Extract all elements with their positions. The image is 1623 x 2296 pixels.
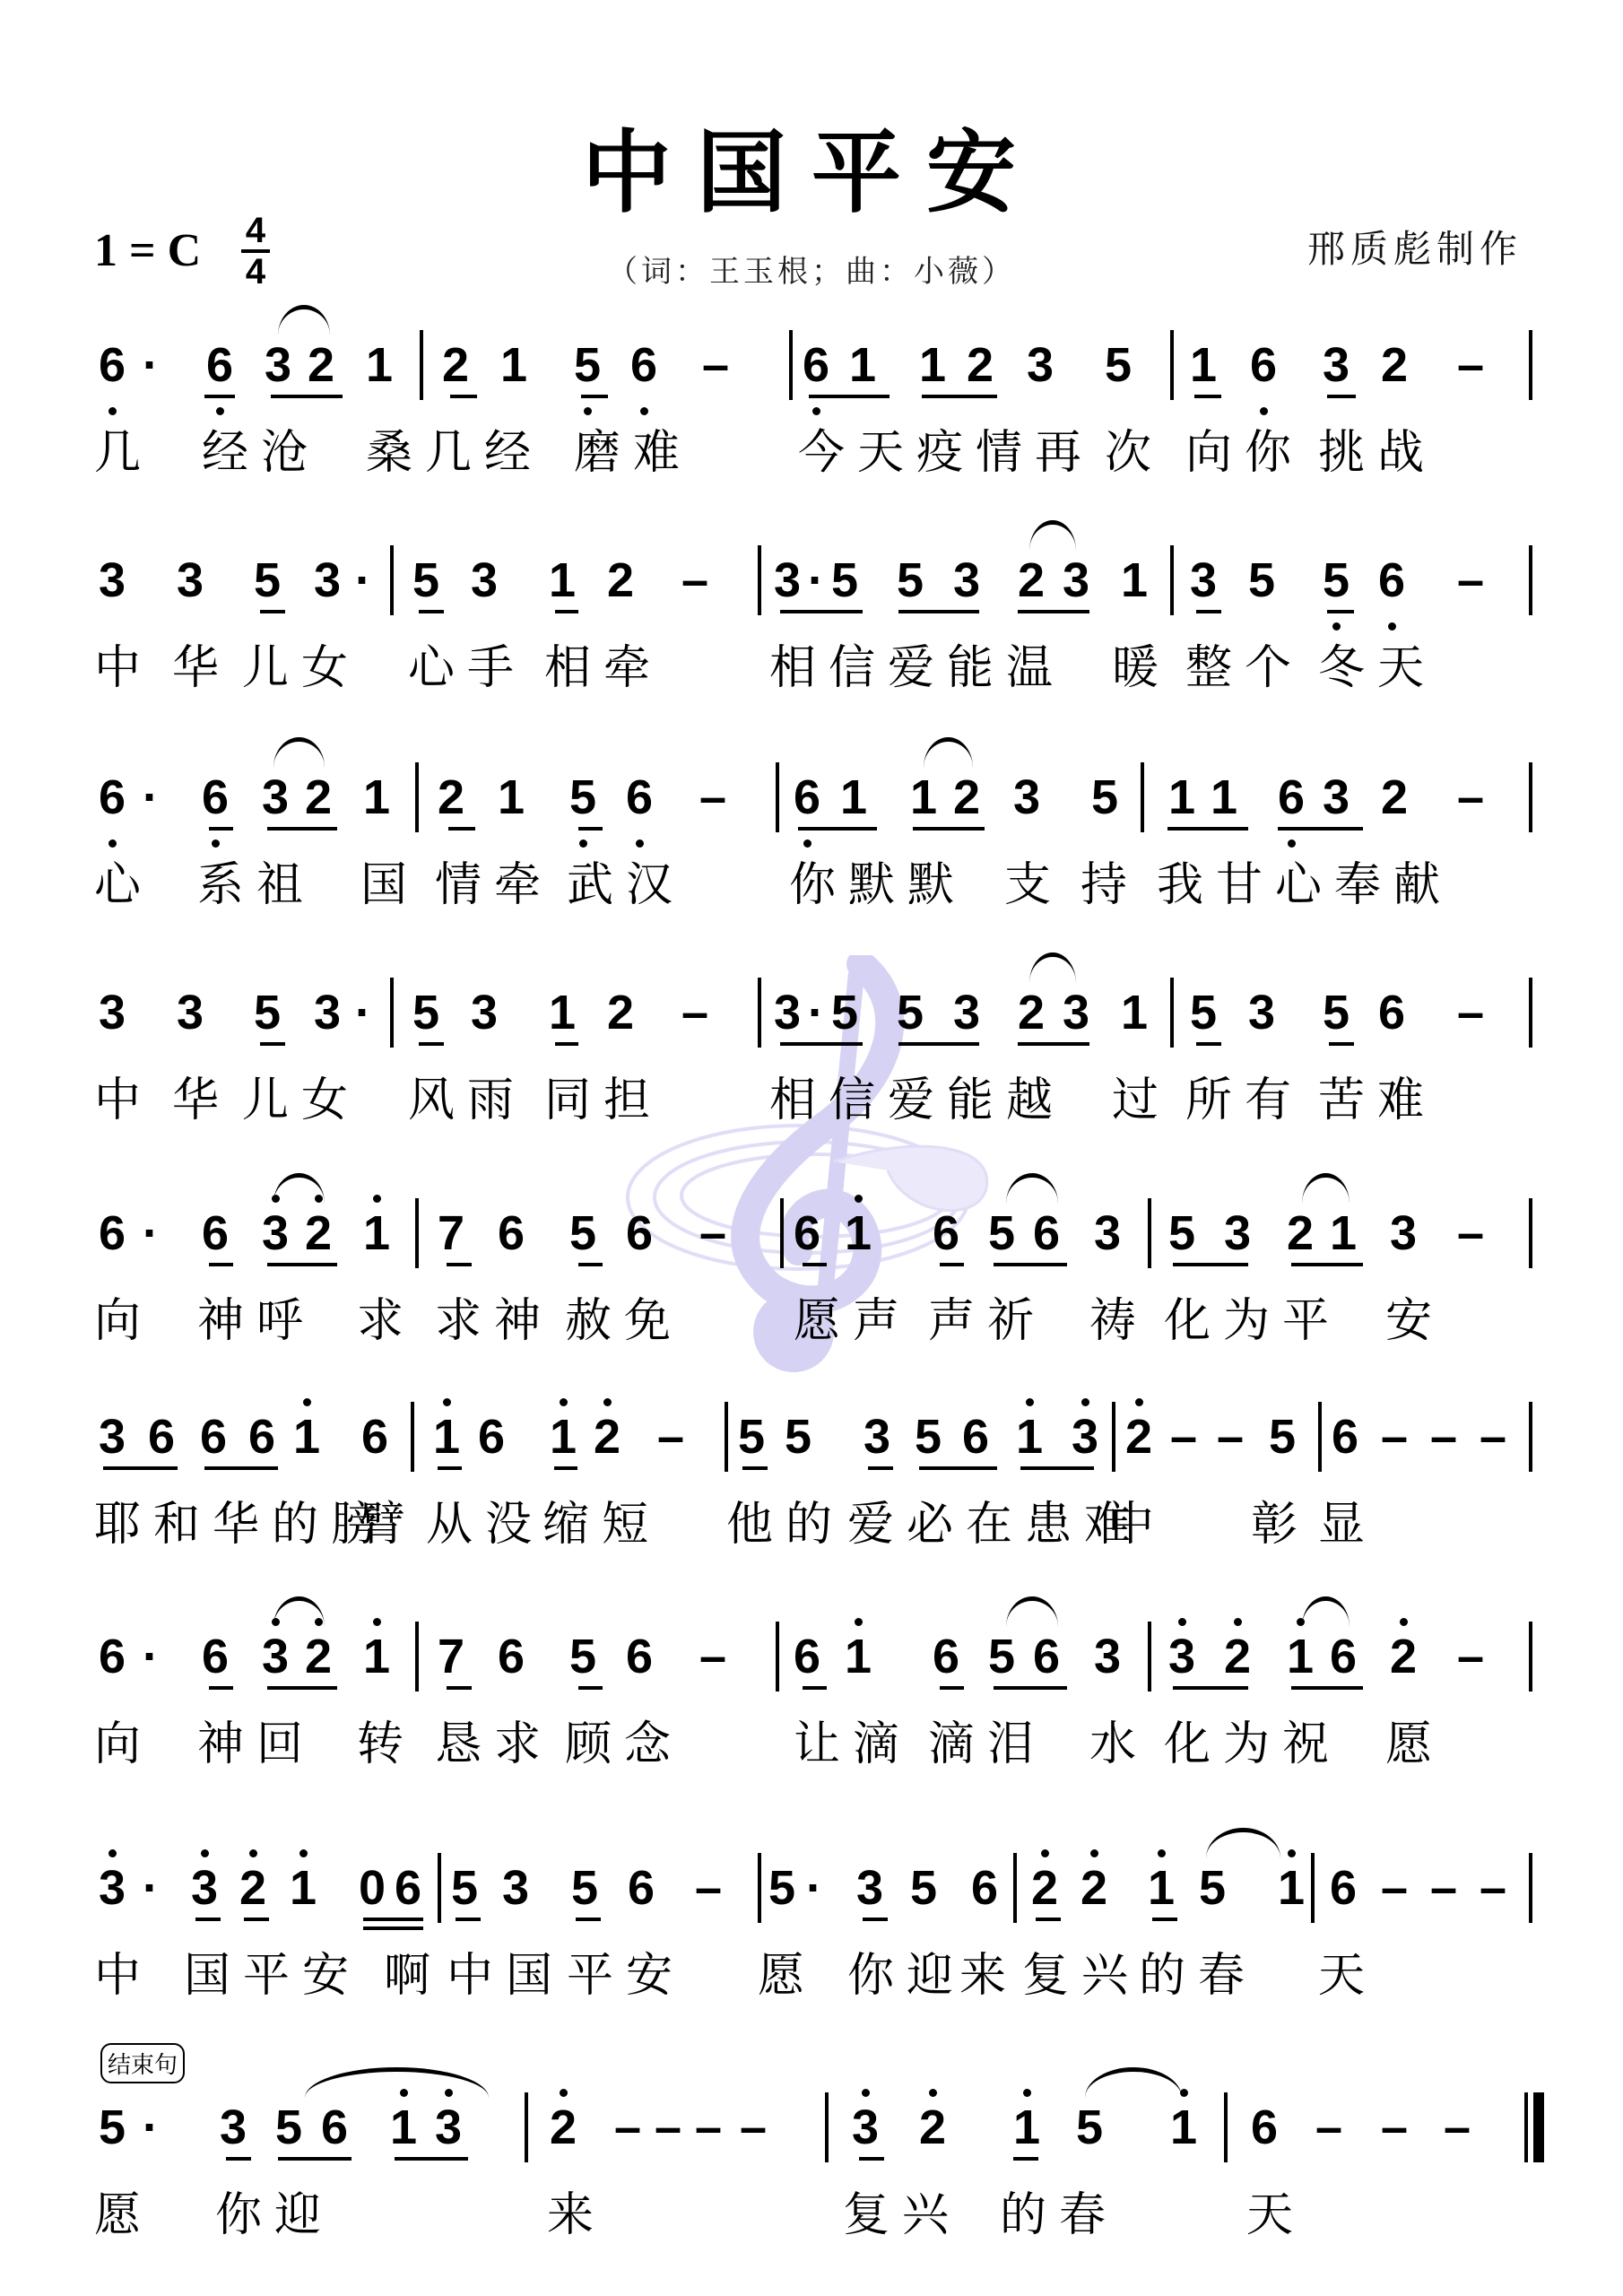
beam-underline <box>1013 2157 1038 2161</box>
note: 5 <box>888 988 933 1037</box>
lyric-text: 你默默 <box>789 858 967 912</box>
lyric-text: 次 <box>1105 426 1164 480</box>
octave-down-dot <box>579 839 587 848</box>
barline <box>1529 330 1532 400</box>
lyric-text: 心 <box>94 858 153 912</box>
barline <box>776 1622 779 1692</box>
lyric-text: 你迎 <box>215 2188 334 2242</box>
barline <box>1529 1622 1532 1692</box>
sustain-dash: – <box>1471 1864 1515 1912</box>
augmentation-dot: · <box>341 556 386 604</box>
lyric-text: 向 <box>94 1294 153 1348</box>
barline <box>411 1402 414 1472</box>
beam-underline <box>919 1466 997 1470</box>
barline <box>525 2092 528 2162</box>
lyric-text: 神回 <box>197 1718 316 1771</box>
note: 3 <box>1159 1632 1204 1681</box>
sustain-dash: – <box>1448 1209 1493 1257</box>
octave-up-dot <box>1023 2089 1031 2097</box>
note: 5 <box>1314 556 1358 604</box>
sustain-dash: – <box>1372 2103 1417 2152</box>
note: 3 <box>256 341 300 389</box>
octave-up-dot <box>303 1398 311 1406</box>
lyric-text: 求神 <box>435 1294 553 1348</box>
lyric-text: 你迎 <box>847 1949 966 2003</box>
note: 6 <box>621 341 666 389</box>
beam-underline <box>278 2157 352 2161</box>
sustain-dash: – <box>673 556 717 604</box>
octave-down-dot <box>212 839 220 848</box>
beam-underline <box>209 1686 233 1690</box>
lyric-text: 中 <box>94 1074 153 1127</box>
lyric-text: 国平安 <box>184 1949 361 2003</box>
lyric-text: 华 <box>172 641 231 695</box>
note: 1 <box>424 1413 469 1461</box>
octave-down-dot <box>584 407 592 415</box>
lyric-text: 啊 <box>384 1949 443 2003</box>
beam-underline <box>859 2157 884 2161</box>
note: 3 <box>1181 556 1226 604</box>
beam-underline <box>1173 1263 1248 1266</box>
barline <box>725 1402 728 1472</box>
note: 1 <box>281 1864 325 1912</box>
note: 3 <box>426 2103 471 2152</box>
note: 6 <box>962 1864 1007 1912</box>
note: 6 <box>1269 773 1314 822</box>
beam-underline <box>419 1042 444 1046</box>
lyric-text: 心手 <box>408 641 526 695</box>
beam-underline <box>581 395 608 398</box>
octave-down-dot <box>1288 839 1296 848</box>
note: 1 <box>354 1632 399 1681</box>
note: 2 <box>958 341 1002 389</box>
barline <box>1170 330 1174 400</box>
lyric-text: 过 <box>1112 1074 1171 1127</box>
note: 3 <box>253 1632 298 1681</box>
lyric-text: 我甘心奉献 <box>1157 858 1453 912</box>
lyric-text: 儿女 <box>242 641 360 695</box>
note: 5 <box>560 1209 605 1257</box>
beam-underline <box>940 1686 964 1690</box>
octave-up-dot <box>1158 1849 1166 1857</box>
lyric-text: 风雨 <box>408 1074 526 1127</box>
note: 3 <box>1054 556 1098 604</box>
sustain-dash: – <box>1421 1413 1466 1461</box>
augmentation-dot: · <box>128 1632 173 1681</box>
note: 6 <box>191 1413 236 1461</box>
note: 3 <box>168 556 213 604</box>
octave-up-dot <box>108 1849 117 1857</box>
note: 1 <box>541 1413 586 1461</box>
barline <box>1529 1198 1532 1268</box>
note: 1 <box>1278 1632 1323 1681</box>
lyric-text: 天 <box>1246 2188 1306 2242</box>
lyric-text: 苦难 <box>1318 1074 1436 1127</box>
slur-arc <box>1006 1173 1058 1204</box>
lyric-text: 经沧 <box>202 426 320 480</box>
note: 3 <box>1215 1209 1260 1257</box>
note: 6 <box>312 2103 357 2152</box>
note: 5 <box>1096 341 1141 389</box>
note: 6 <box>924 1632 968 1681</box>
lyric-text: 暖 <box>1112 641 1171 695</box>
beam-underline <box>578 1686 603 1690</box>
lyric-text: 他的 <box>726 1498 845 1552</box>
beam-underline <box>1291 1263 1363 1266</box>
note: 3 <box>462 556 507 604</box>
note: 6 <box>924 1209 968 1257</box>
octave-up-dot <box>1041 1849 1049 1857</box>
note: 6 <box>1369 988 1414 1037</box>
slur-arc <box>924 737 973 768</box>
note: 5 <box>562 1864 607 1912</box>
sustain-dash: – <box>693 341 738 389</box>
octave-up-dot <box>1234 1618 1242 1626</box>
slur-arc <box>1006 1596 1058 1627</box>
beam-underline-second <box>363 1926 423 1930</box>
barline <box>1529 545 1532 615</box>
lyric-text: 几 <box>94 426 153 480</box>
note: 2 <box>230 1864 275 1912</box>
beam-underline <box>1327 610 1354 613</box>
sustain-dash: – <box>1372 1864 1417 1912</box>
beam-underline <box>1329 1042 1354 1046</box>
sustain-dash: – <box>1448 988 1493 1037</box>
note: 2 <box>598 556 643 604</box>
note: 5 <box>1260 1413 1305 1461</box>
lyric-text: 今天疫情再 <box>798 426 1094 480</box>
note: 5 <box>1067 2103 1112 2152</box>
slur-arc <box>1085 2067 1182 2098</box>
lyric-text: 系祖 <box>197 858 316 912</box>
note: 2 <box>598 988 643 1037</box>
barline <box>776 762 779 832</box>
note: 3 <box>90 556 135 604</box>
octave-up-dot <box>201 1849 209 1857</box>
lyric-text: 磨难 <box>574 426 692 480</box>
note: 1 <box>284 1413 329 1461</box>
note: 5 <box>822 988 867 1037</box>
note: 1 <box>1269 1864 1314 1912</box>
sustain-dash: – <box>731 2103 776 2152</box>
note: 2 <box>1372 773 1417 822</box>
barline <box>1529 1402 1532 1472</box>
beam-underline <box>1196 610 1221 613</box>
note: 6 <box>1242 2103 1287 2152</box>
beam-underline <box>1327 395 1356 398</box>
beam-underline <box>195 1918 221 1921</box>
octave-down-dot <box>108 407 117 415</box>
note: 3 <box>944 988 989 1037</box>
octave-up-dot <box>560 2089 568 2097</box>
note: 6 <box>617 1209 662 1257</box>
beam-underline <box>267 1686 337 1690</box>
note: 2 <box>299 341 343 389</box>
lyric-text: 赦免 <box>565 1294 683 1348</box>
song-title: 中国平安 <box>0 100 1623 230</box>
sustain-dash: – <box>673 988 717 1037</box>
barline <box>1141 762 1144 832</box>
sustain-dash: – <box>690 1632 735 1681</box>
note: 7 <box>429 1632 473 1681</box>
beam-underline <box>267 1263 337 1266</box>
note: 1 <box>1159 773 1204 822</box>
note: 6 <box>785 773 829 822</box>
note: 6 <box>1321 1864 1366 1912</box>
beam-underline <box>226 2157 251 2161</box>
sustain-dash: – <box>1448 556 1493 604</box>
note: 5 <box>1239 556 1284 604</box>
beam-underline <box>1196 1042 1221 1046</box>
sustain-dash: – <box>686 2103 731 2152</box>
note: 5 <box>266 2103 311 2152</box>
note: 6 <box>193 1632 238 1681</box>
lyric-text: 中 <box>94 1949 153 2003</box>
lyric-text: 复兴 <box>1022 1949 1141 2003</box>
note: 2 <box>1278 1209 1323 1257</box>
octave-down-dot <box>812 407 820 415</box>
slur-arc <box>273 737 325 768</box>
note: 6 <box>1321 1632 1366 1681</box>
note: 3 <box>1239 988 1284 1037</box>
note: 1 <box>1112 556 1157 604</box>
slur-arc <box>1302 1596 1350 1627</box>
barline <box>390 545 394 615</box>
note: 1 <box>354 773 399 822</box>
note: 6 <box>1024 1209 1069 1257</box>
note: 2 <box>296 1209 341 1257</box>
lyric-text: 臂 <box>359 1498 418 1552</box>
beam-underline <box>868 1466 893 1470</box>
note: 5 <box>901 1864 946 1912</box>
beam-underline <box>913 827 985 831</box>
beam-underline <box>271 395 343 398</box>
slur-arc <box>1206 1828 1280 1858</box>
octave-up-dot <box>855 1618 863 1626</box>
barline <box>1170 545 1174 615</box>
note: 2 <box>1022 1864 1067 1912</box>
beam-underline <box>456 1918 481 1921</box>
note: 2 <box>1072 1864 1116 1912</box>
augmentation-dot: · <box>341 988 386 1037</box>
beam-underline <box>204 1466 278 1470</box>
note: 2 <box>296 773 341 822</box>
note: 2 <box>541 2103 586 2152</box>
beam-underline <box>555 1042 578 1046</box>
note: 1 <box>901 773 946 822</box>
lyric-text: 情牵 <box>435 858 553 912</box>
lyric-text: 中国 <box>447 1949 565 2003</box>
note: 3 <box>493 1864 538 1912</box>
note: 3 <box>855 1413 899 1461</box>
barline <box>1112 1402 1115 1472</box>
slur-arc <box>278 305 330 335</box>
lyric-text: 祷 <box>1089 1294 1149 1348</box>
beam-underline <box>260 610 285 613</box>
note: 3 <box>253 773 298 822</box>
beam-underline <box>260 1042 285 1046</box>
beam-underline <box>809 395 890 398</box>
note: 1 <box>840 341 885 389</box>
lyric-text: 从没 <box>426 1498 544 1552</box>
slur-arc <box>1029 520 1076 551</box>
beam-underline <box>1018 1042 1089 1046</box>
note: 5 <box>906 1413 950 1461</box>
beam-underline <box>209 827 233 831</box>
note: 3 <box>1018 341 1063 389</box>
sustain-dash: – <box>1448 341 1493 389</box>
note: 6 <box>197 341 242 389</box>
lyric-text: 平安 <box>567 1949 685 2003</box>
lyric-text: 支 <box>1004 858 1063 912</box>
barline <box>438 1853 441 1923</box>
note: 6 <box>239 1413 284 1461</box>
lyric-text: 让滴 <box>794 1718 912 1771</box>
octave-down-dot <box>216 407 224 415</box>
lyric-text: 儿女 <box>242 1074 360 1127</box>
sustain-dash: – <box>1306 2103 1351 2152</box>
note: 6 <box>785 1632 829 1681</box>
barline <box>1148 1198 1151 1268</box>
beam-underline <box>363 1918 423 1921</box>
barline <box>1529 762 1532 832</box>
beam-underline <box>555 610 578 613</box>
octave-up-dot <box>249 1849 257 1857</box>
barline <box>415 762 419 832</box>
lyric-text: 化为平 <box>1164 1294 1341 1348</box>
note: 5 <box>1082 773 1127 822</box>
octave-down-dot <box>640 407 648 415</box>
augmentation-dot: · <box>128 1209 173 1257</box>
note: 3 <box>944 556 989 604</box>
beam-underline <box>803 1263 827 1266</box>
note: 5 <box>442 1864 487 1912</box>
lyric-text: 相信爱能越 <box>769 1074 1065 1127</box>
beam-underline <box>1036 1918 1061 1921</box>
lyric-text: 天 <box>1318 1949 1377 2003</box>
lyric-text: 求 <box>357 1294 416 1348</box>
barline <box>1318 1402 1322 1472</box>
octave-up-dot <box>1135 1398 1143 1406</box>
note: 5 <box>1190 1864 1235 1912</box>
lyric-text: 声祈 <box>928 1294 1046 1348</box>
note: 1 <box>1007 1413 1052 1461</box>
lyric-text: 显 <box>1318 1498 1377 1552</box>
note: 3 <box>182 1864 227 1912</box>
beam-underline <box>438 1466 462 1470</box>
octave-up-dot <box>1026 1398 1034 1406</box>
beam-underline <box>742 1466 768 1470</box>
sustain-dash: – <box>1161 1413 1206 1461</box>
note: 1 <box>910 341 955 389</box>
lyric-text: 相信爱能温 <box>769 641 1065 695</box>
beam-underline <box>448 827 475 831</box>
note: 3 <box>168 988 213 1037</box>
sustain-dash: – <box>1471 1413 1515 1461</box>
lyric-text: 愿 <box>94 2188 153 2242</box>
note: 6 <box>617 773 662 822</box>
beam-underline <box>922 395 997 398</box>
note: 1 <box>836 1632 881 1681</box>
note: 1 <box>836 1209 881 1257</box>
note: 3 <box>1054 988 1098 1037</box>
lyric-text: 愿声 <box>794 1294 912 1348</box>
beam-underline <box>204 395 235 398</box>
lyric-text: 耶和华的膀 <box>94 1498 390 1552</box>
slur-arc <box>305 2067 489 2098</box>
beam-underline <box>267 827 337 831</box>
augmentation-dot: · <box>128 1864 173 1912</box>
barline <box>390 978 394 1048</box>
lyric-text: 华 <box>172 1074 231 1127</box>
note: 2 <box>585 1413 629 1461</box>
octave-down-dot <box>1388 622 1396 631</box>
note: 3 <box>1381 1209 1426 1257</box>
lyric-text: 愿 <box>758 1949 817 2003</box>
beam-underline <box>576 1918 601 1921</box>
note: 3 <box>1063 1413 1107 1461</box>
lyric-text: 爱必在患难 <box>847 1498 1143 1552</box>
lyric-text: 冬天 <box>1318 641 1436 695</box>
note: 1 <box>489 773 534 822</box>
note: 6 <box>785 1209 829 1257</box>
lyric-text: 武汉 <box>567 858 685 912</box>
beam-underline <box>1278 827 1363 831</box>
augmentation-dot: · <box>128 2103 173 2152</box>
note: 5 <box>245 556 290 604</box>
barline <box>1013 1853 1017 1923</box>
lyric-text: 转 <box>357 1718 416 1771</box>
note: 5 <box>404 988 448 1037</box>
lyric-text: 滴泪 <box>928 1718 1046 1771</box>
note: 2 <box>1116 1413 1161 1461</box>
beam-underline <box>1167 827 1248 831</box>
beam-underline <box>1020 1466 1094 1470</box>
note: 6 <box>1369 556 1414 604</box>
lyric-text: 中 <box>94 641 153 695</box>
note: 2 <box>1381 1632 1426 1681</box>
lyric-text: 缩短 <box>542 1498 661 1552</box>
octave-up-dot <box>1090 1849 1098 1857</box>
beam-underline <box>419 610 444 613</box>
barline <box>1170 978 1174 1048</box>
note: 3 <box>253 1209 298 1257</box>
note: 6 <box>193 773 238 822</box>
sustain-dash: – <box>1421 1864 1466 1912</box>
beam-underline <box>1291 1686 1363 1690</box>
note: 1 <box>357 341 402 389</box>
note: 3 <box>843 2103 888 2152</box>
sustain-dash: – <box>690 773 735 822</box>
octave-up-dot <box>1178 1618 1186 1626</box>
barline <box>415 1198 419 1268</box>
note: 6 <box>619 1864 664 1912</box>
beam-underline <box>898 1042 979 1046</box>
note: 1 <box>540 556 585 604</box>
sustain-dash: – <box>1372 1413 1417 1461</box>
beam-underline <box>1152 1918 1177 1921</box>
barline <box>758 545 761 615</box>
barline <box>789 330 793 400</box>
note: 1 <box>1004 2103 1049 2152</box>
octave-down-dot <box>803 839 811 848</box>
barline <box>1148 1622 1151 1692</box>
beam-underline <box>1018 610 1089 613</box>
octave-up-dot <box>1081 1398 1089 1406</box>
note: 3 <box>1085 1209 1130 1257</box>
note: 5 <box>729 1413 774 1461</box>
note: 6 <box>469 1413 514 1461</box>
